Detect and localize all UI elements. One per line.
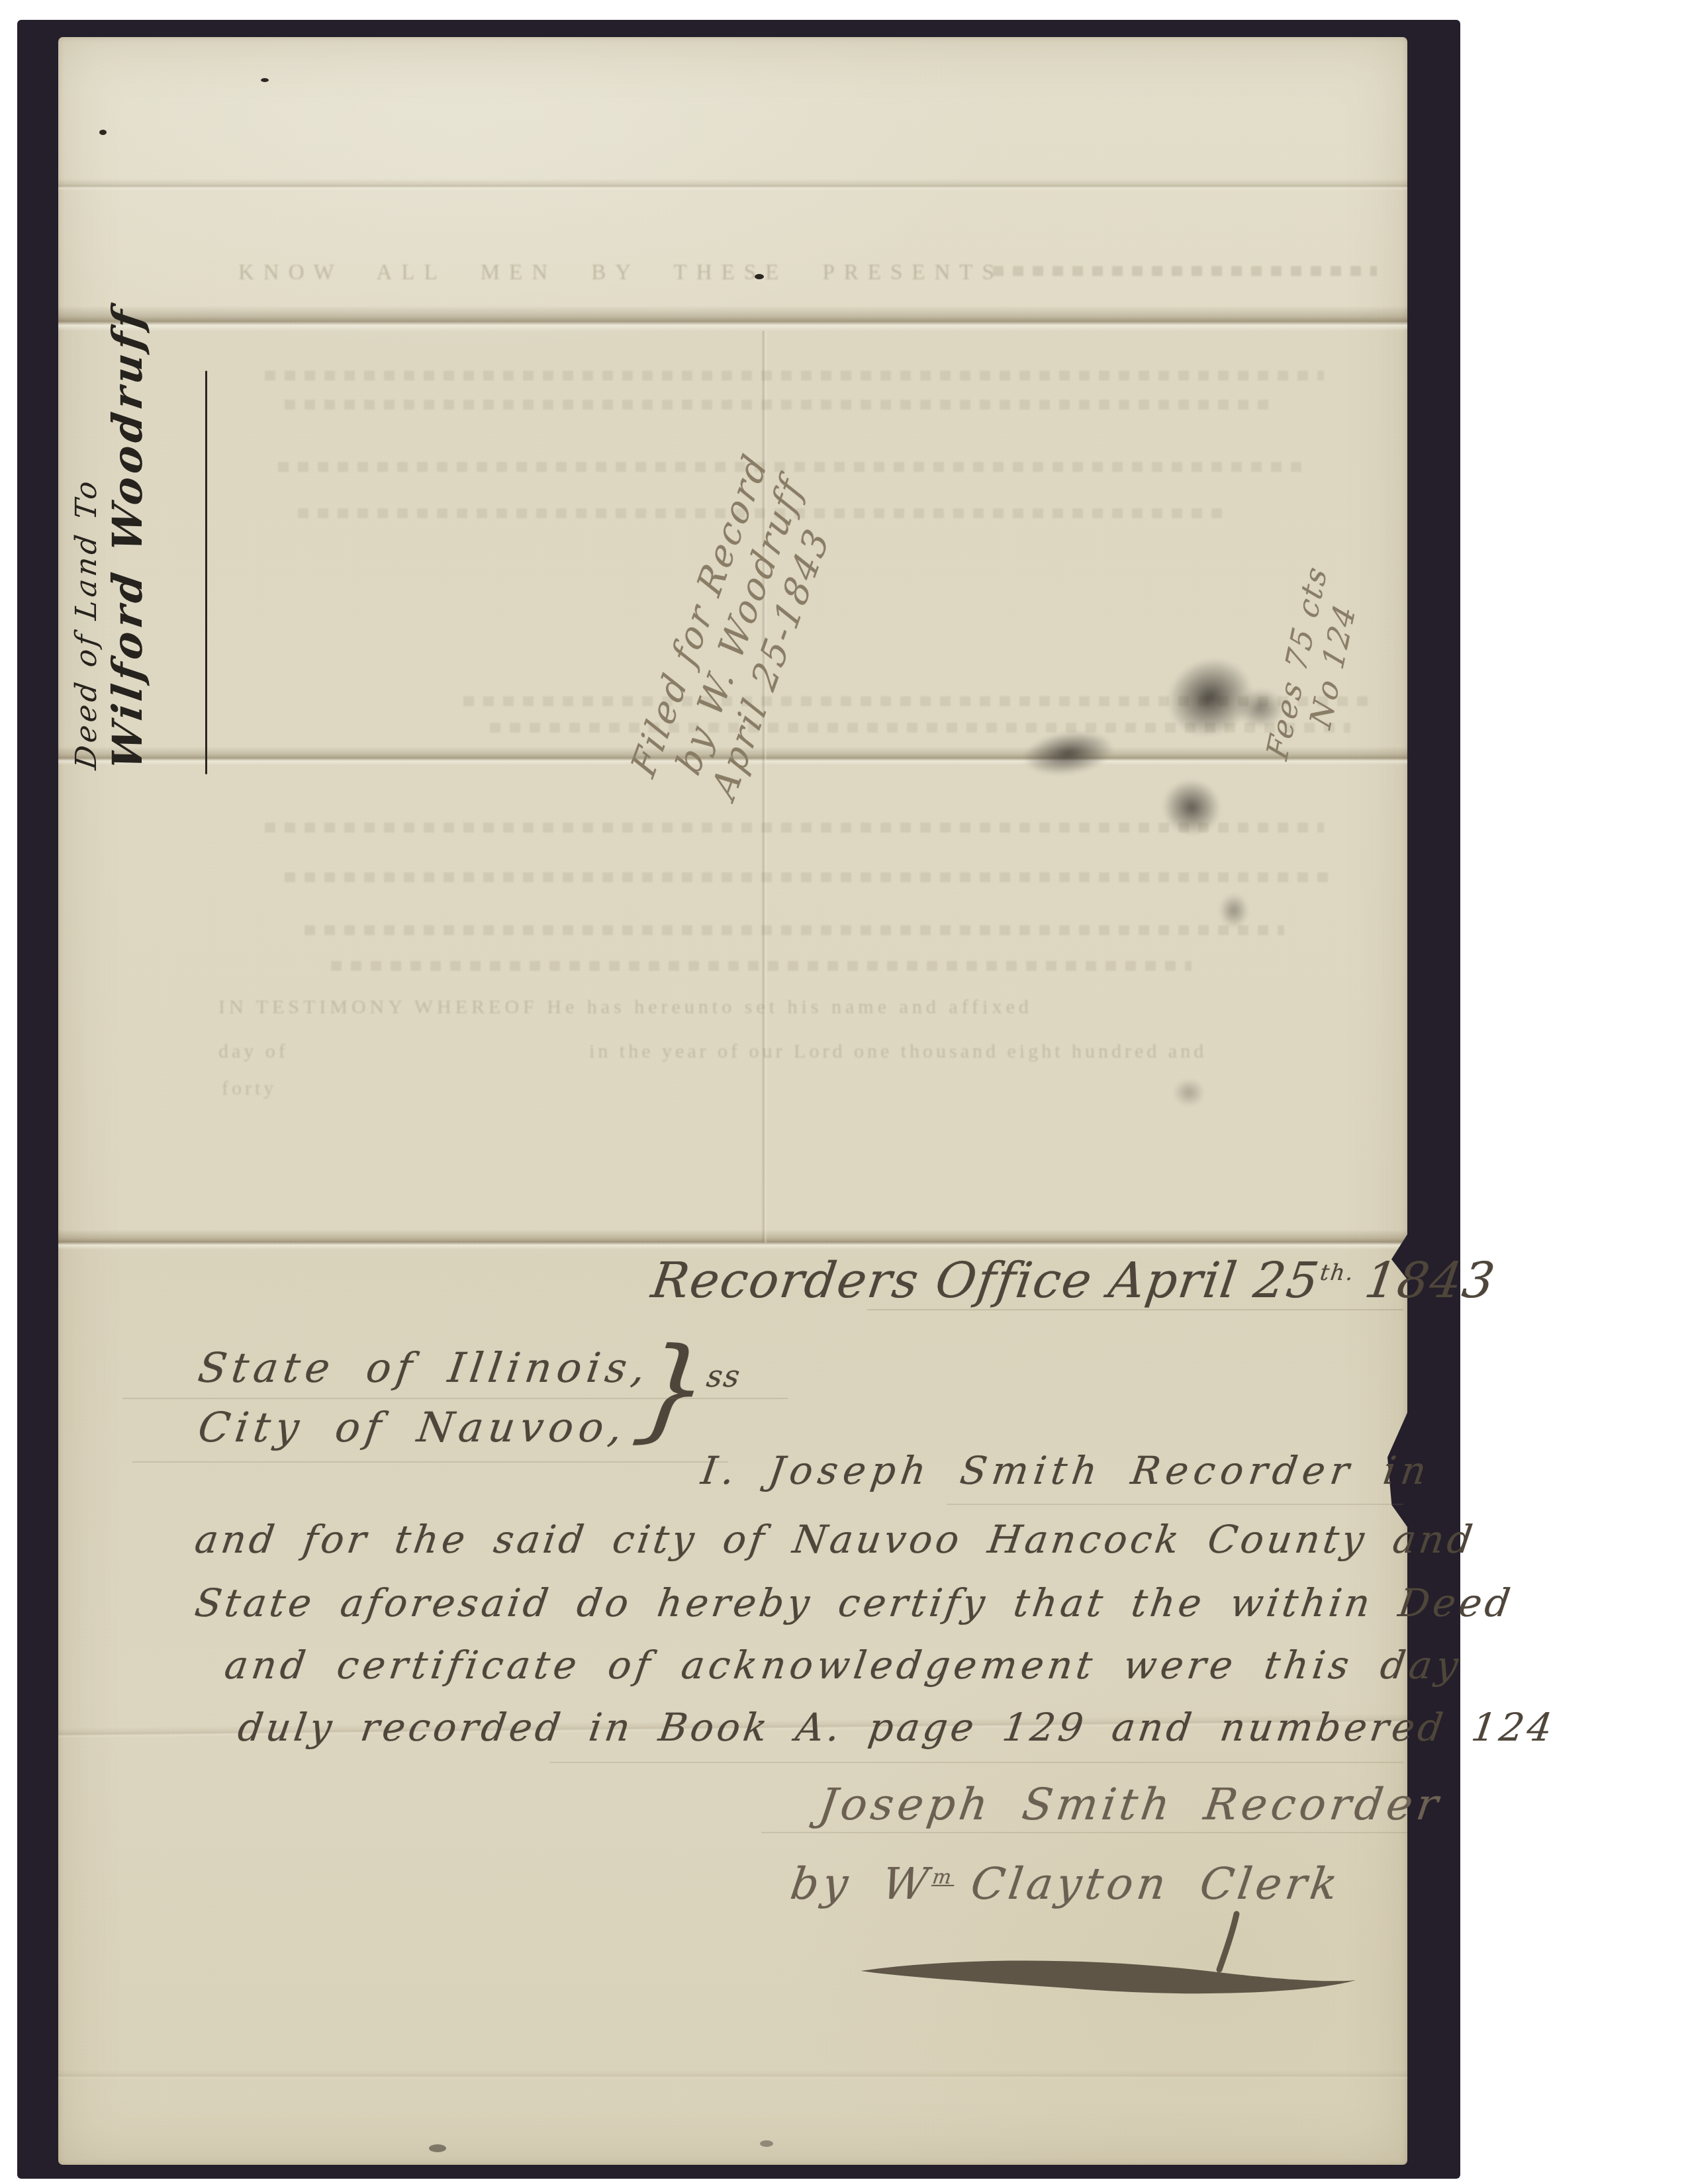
ghost-band: [993, 266, 1377, 276]
certificate-body-line4: and certificate of acknowledgement were …: [225, 1643, 1462, 1688]
venue-brace: }: [637, 1333, 708, 1444]
ghost-band: [331, 961, 1192, 971]
certificate-body-line2: and for the said city of Nauvoo Hancock …: [195, 1517, 1476, 1562]
fold-crease-faint-top: [58, 179, 1407, 191]
ghost-print-day-of: day of: [218, 1040, 289, 1063]
certificate-body-line3: State aforesaid do hereby certify that t…: [195, 1580, 1513, 1625]
certificate-opening-line: I. Joseph Smith Recorder in: [702, 1448, 1431, 1493]
signature-name-text: Joseph Smith Recorder: [816, 1779, 1445, 1830]
certificate-heading: Recorders Office April 25th.1843: [652, 1252, 1495, 1309]
guide-line: [549, 1762, 1403, 1763]
edge-stain: [429, 2144, 446, 2152]
ghost-print-year-line: in the year of our Lord one thousand eig…: [589, 1040, 1207, 1063]
certificate-body-line5-text: duly recorded in Book A. page 129 and nu…: [235, 1705, 1558, 1750]
certificate-body-line3-text: State aforesaid do hereby certify that t…: [192, 1580, 1516, 1625]
ghost-print-forty: forty: [222, 1077, 277, 1100]
fold-crease-3: [58, 1230, 1407, 1250]
certificate-body-line5: duly recorded in Book A. page 129 and nu…: [238, 1705, 1555, 1750]
edge-stain: [760, 2140, 773, 2147]
ghost-band: [285, 872, 1331, 882]
ink-smudge: [1237, 688, 1284, 728]
ink-fleck: [261, 78, 269, 82]
certificate-body-line4-text: and certificate of acknowledgement were …: [222, 1643, 1465, 1688]
endorsement-grantee: Wilford Woodruff: [103, 303, 152, 772]
scan-page: KNOW ALL MEN BY THESE PRESENTS IN TESTIM…: [0, 0, 1688, 2184]
fold-crease-1: [58, 306, 1407, 331]
guide-line: [947, 1504, 1403, 1505]
ghost-print-testimony: IN TESTIMONY WHEREOF He has hereunto set…: [218, 996, 1033, 1019]
guide-line: [867, 1309, 1403, 1310]
certificate-heading-ordinal: th.: [1319, 1259, 1356, 1285]
certificate-body-line2-text: and for the said city of Nauvoo Hancock …: [192, 1517, 1478, 1562]
ink-fleck: [99, 130, 107, 135]
venue-state-text: State of Illinois,: [195, 1343, 654, 1392]
ink-smudge-faint: [1173, 1079, 1205, 1107]
certificate-opening-text: I. Joseph Smith Recorder in: [698, 1448, 1434, 1493]
venue-city-line: City of Nauvoo,: [199, 1403, 627, 1451]
guide-line: [132, 1461, 728, 1463]
endorsement-title: Deed of Land To: [70, 476, 103, 772]
signature-name-line: Joseph Smith Recorder: [820, 1779, 1442, 1830]
ghost-band: [305, 925, 1284, 935]
certificate-heading-text: Recorders Office April 25: [648, 1252, 1323, 1309]
guide-line: [761, 1832, 1407, 1833]
signature-flourish: [847, 1893, 1377, 2005]
venue-state-line: State of Illinois,: [199, 1343, 650, 1392]
fold-crease-faint-5: [58, 2070, 1407, 2079]
document-paper: [58, 37, 1407, 2165]
signature-by-superscript: m: [931, 1866, 957, 1889]
endorsement-block: Deed of Land To Wilford Woodruff: [70, 364, 209, 774]
venue-ss: ss: [707, 1358, 741, 1394]
venue-city-text: City of Nauvoo,: [195, 1403, 631, 1451]
certificate-heading-year: 1843: [1361, 1252, 1499, 1309]
guide-line: [122, 1398, 788, 1399]
ghost-band: [265, 823, 1324, 833]
endorsement-underline: [205, 371, 207, 774]
ink-fleck: [755, 274, 764, 279]
ghost-print-header: KNOW ALL MEN BY THESE PRESENTS: [238, 261, 1004, 285]
ink-smudge-faint: [1219, 893, 1248, 928]
